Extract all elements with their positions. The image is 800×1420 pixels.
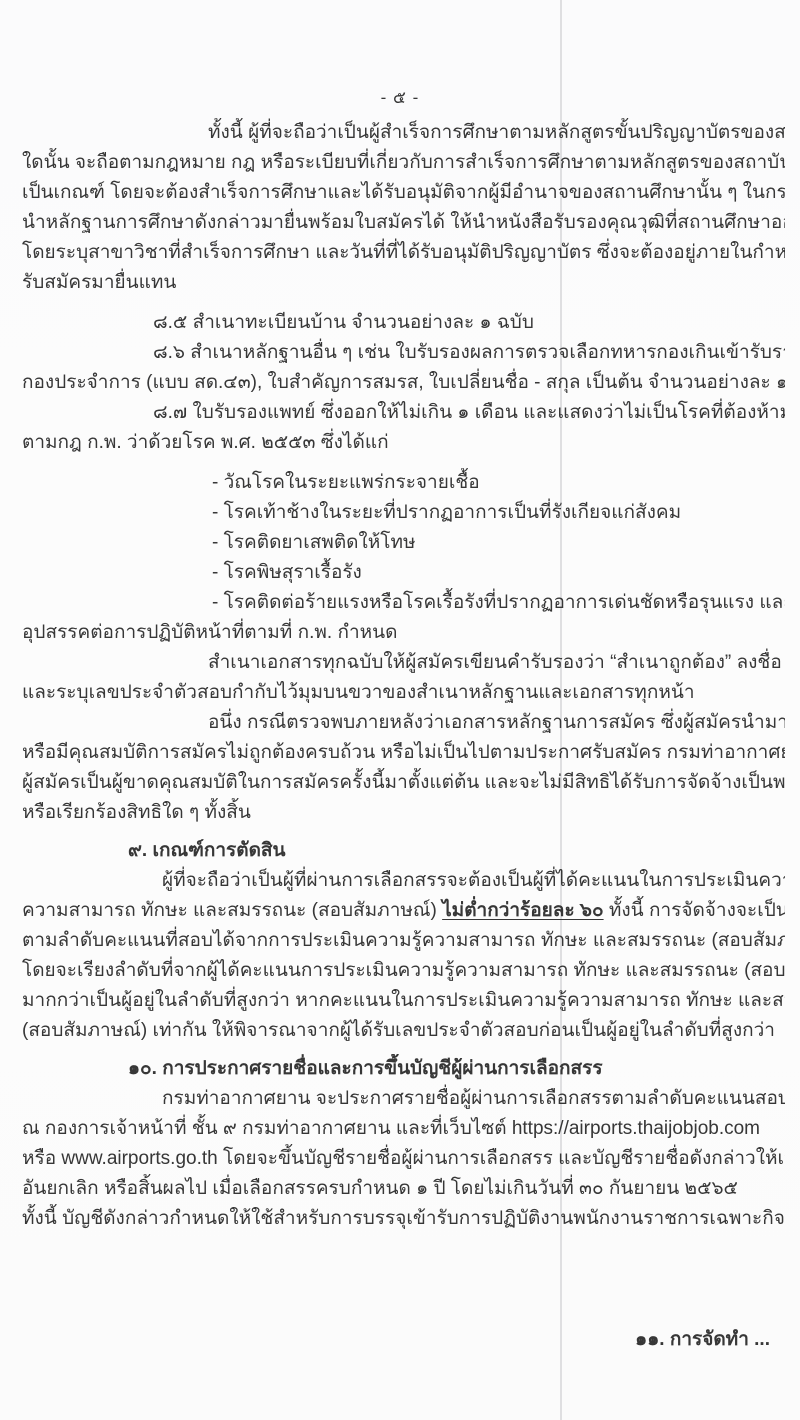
section-heading: ๑๐. การประกาศรายชื่อและการขึ้นบัญชีผู้ผ่… [22, 1054, 785, 1084]
text-line: สำเนาเอกสารทุกฉบับให้ผู้สมัครเขียนคำรับร… [22, 648, 785, 678]
continuation-marker: ๑๑. การจัดทำ ... [635, 1324, 770, 1354]
text-line: - วัณโรคในระยะแพร่กระจายเชื้อ [22, 468, 785, 498]
text-line: หรือ www.airports.go.th โดยจะขึ้นบัญชีรา… [22, 1144, 785, 1174]
text-line: - โรคติดต่อร้ายแรงหรือโรคเรื้อรังที่ปราก… [22, 588, 785, 618]
text-line: โดยระบุสาขาวิชาที่สำเร็จการศึกษา และวันท… [22, 238, 785, 268]
text-line: - โรคพิษสุราเรื้อรัง [22, 558, 785, 588]
text-line: เป็นเกณฑ์ โดยจะต้องสำเร็จการศึกษาและได้ร… [22, 178, 785, 208]
text-line: ความสามารถ ทักษะ และสมรรถนะ (สอบสัมภาษณ์… [22, 896, 785, 926]
text-line: (สอบสัมภาษณ์) เท่ากัน ให้พิจารณาจากผู้ได… [22, 1016, 785, 1046]
text-line: อันยกเลิก หรือสิ้นผลไป เมื่อเลือกสรรครบก… [22, 1174, 785, 1204]
text-line: ตามลำดับคะแนนที่สอบได้จากการประเมินความร… [22, 926, 785, 956]
text-line: หรือมีคุณสมบัติการสมัครไม่ถูกต้องครบถ้วน… [22, 738, 785, 768]
text-line: รับสมัครมายื่นแทน [22, 268, 785, 298]
text-line: ณ กองการเจ้าหน้าที่ ชั้น ๙ กรมท่าอากาศยา… [22, 1114, 785, 1144]
text-line: ทั้งนี้ บัญชีดังกล่าวกำหนดให้ใช้สำหรับกา… [22, 1204, 785, 1234]
text-line: อนึ่ง กรณีตรวจพบภายหลังว่าเอกสารหลักฐานก… [22, 708, 785, 738]
text-line: กองประจำการ (แบบ สด.๔๓), ใบสำคัญการสมรส,… [22, 368, 785, 398]
text-line: - โรคติดยาเสพติดให้โทษ [22, 528, 785, 558]
text-line: นำหลักฐานการศึกษาดังกล่าวมายื่นพร้อมใบสม… [22, 208, 785, 238]
page-number: - ๕ - [0, 84, 800, 111]
text-line: ตามกฎ ก.พ. ว่าด้วยโรค พ.ศ. ๒๕๕๓ ซึ่งได้แ… [22, 428, 785, 458]
document-page: - ๕ - ทั้งนี้ ผู้ที่จะถือว่าเป็นผู้สำเร็… [0, 0, 800, 1420]
text-line: และระบุเลขประจำตัวสอบกำกับไว้มุมบนขวาของ… [22, 678, 785, 708]
text-segment: ทั้งนี้ การจัดจ้างจะเป็นไป [604, 900, 785, 921]
document-body: ทั้งนี้ ผู้ที่จะถือว่าเป็นผู้สำเร็จการศึ… [22, 118, 785, 1234]
text-line: ๘.๕ สำเนาทะเบียนบ้าน จำนวนอย่างละ ๑ ฉบับ [22, 308, 785, 338]
text-line: หรือเรียกร้องสิทธิใด ๆ ทั้งสิ้น [22, 798, 785, 828]
text-line: ทั้งนี้ ผู้ที่จะถือว่าเป็นผู้สำเร็จการศึ… [22, 118, 785, 148]
text-line: มากกว่าเป็นผู้อยู่ในลำดับที่สูงกว่า หากค… [22, 986, 785, 1016]
text-line: - โรคเท้าช้างในระยะที่ปรากฏอาการเป็นที่ร… [22, 498, 785, 528]
text-line: ผู้ที่จะถือว่าเป็นผู้ที่ผ่านการเลือกสรรจ… [22, 866, 785, 896]
text-line: อุปสรรคต่อการปฏิบัติหน้าที่ตามที่ ก.พ. ก… [22, 618, 785, 648]
text-segment: ความสามารถ ทักษะ และสมรรถนะ (สอบสัมภาษณ์… [22, 900, 442, 921]
text-line: กรมท่าอากาศยาน จะประกาศรายชื่อผู้ผ่านการ… [22, 1084, 785, 1114]
text-line: ๘.๗ ใบรับรองแพทย์ ซึ่งออกให้ไม่เกิน ๑ เด… [22, 398, 785, 428]
text-line: ผู้สมัครเป็นผู้ขาดคุณสมบัติในการสมัครครั… [22, 768, 785, 798]
text-line: โดยจะเรียงลำดับที่จากผู้ได้คะแนนการประเม… [22, 956, 785, 986]
section-heading: ๙. เกณฑ์การตัดสิน [22, 836, 785, 866]
text-line: ใดนั้น จะถือตามกฎหมาย กฎ หรือระเบียบที่เ… [22, 148, 785, 178]
text-line: ๘.๖ สำเนาหลักฐานอื่น ๆ เช่น ใบรับรองผลกา… [22, 338, 785, 368]
emphasized-underlined-text: ไม่ต่ำกว่าร้อยละ ๖๐ [442, 900, 603, 921]
